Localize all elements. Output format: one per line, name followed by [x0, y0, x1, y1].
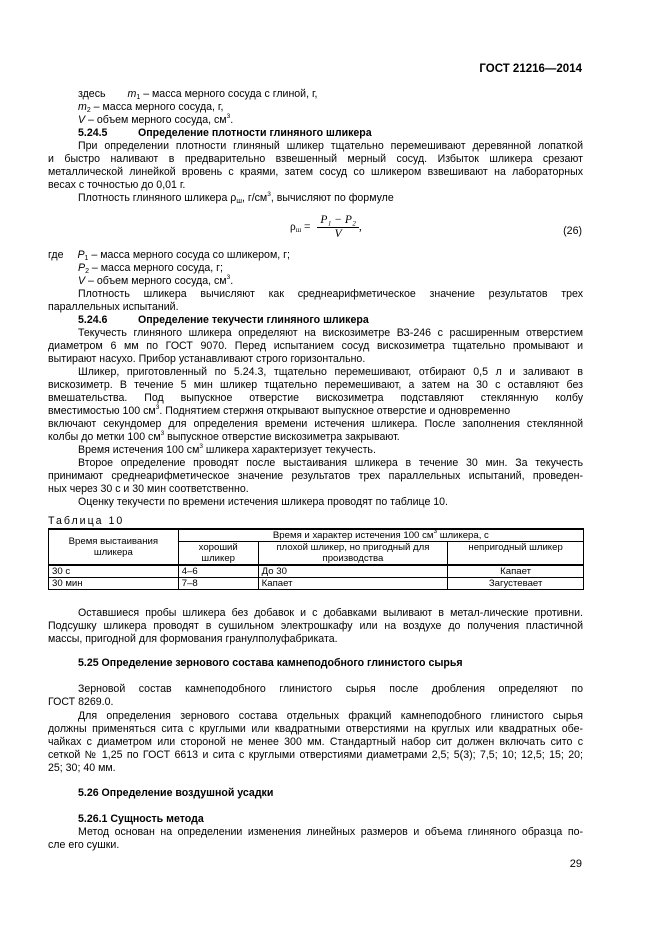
section-5-24-6-heading: 5.24.6Определение текучести глиняного шл…	[48, 314, 583, 327]
paragraph-line: Шликер, приготовленный по 5.24.3, тщател…	[48, 366, 583, 379]
definition-m2: m2 – масса мерного сосуда, г,	[48, 101, 583, 114]
paragraph-line: металлической линейкой вровень с краями,…	[48, 166, 583, 179]
cell-unfit: Капает	[448, 565, 584, 578]
paragraph-line: ных через 30 с и 30 мин соответственно.	[48, 483, 583, 496]
paragraph-line: вместимостью 100 см3. Поднятием стержня …	[48, 405, 583, 418]
definition-p1: гдеP1 – масса мерного сосуда со шликером…	[48, 249, 583, 262]
definition-p2: P2 – масса мерного сосуда, г;	[48, 262, 583, 275]
paragraph-line: сеткой № 1,25 по ГОСТ 6613 и сита с круг…	[48, 749, 583, 762]
paragraph-line: ГОСТ 8269.0.	[48, 696, 583, 709]
cell-time: 30 мин	[49, 578, 179, 590]
header-col-unfit: непригодный шликер	[448, 542, 584, 566]
header-col-good: хороший шликер	[178, 542, 258, 566]
paragraph-line: Второе определение проводят после выстаи…	[48, 457, 583, 470]
paragraph-line: вмешательства. Под выпускное отверстие в…	[48, 392, 583, 405]
paragraph-line: весах с точностью до 0,01 г.	[48, 179, 583, 192]
header-col-poor: плохой шликер, но пригодный для производ…	[258, 542, 448, 566]
paragraph-line: вытирают насухо. Прибор устанавливают ст…	[48, 353, 583, 366]
paragraph-line: Для определения зернового состава отдель…	[48, 710, 583, 723]
paragraph-line: параллельных испытаний.	[48, 301, 583, 314]
paragraph-line: 25; 30; 40 мм.	[48, 762, 583, 775]
paragraph-line: При определении плотности глиняный шлике…	[48, 140, 583, 153]
header-col-time: Время выстаивания шликера	[49, 529, 179, 565]
paragraph-line: Зерновой состав камнеподобного глинистог…	[48, 683, 583, 696]
definition-v: V – объем мерного сосуда, см3.	[48, 275, 583, 288]
formula-intro: Плотность глиняного шликера ρш, г/см3, в…	[48, 192, 583, 205]
paragraph-line: Текучесть глиняного шликера определяют н…	[48, 327, 583, 340]
paragraph-line: чайках с диаметром или стороной не менее…	[48, 736, 583, 749]
paragraph-line: включают секундомер для определения врем…	[48, 418, 583, 431]
paragraph-line: диаметром 6 мм по ГОСТ 9070. Перед испыт…	[48, 340, 583, 353]
section-5-25-heading: 5.25 Определение зернового состава камне…	[48, 657, 583, 670]
paragraph-line: сле его сушки.	[48, 839, 583, 852]
paragraph-line: Оценку текучести по времени истечения шл…	[48, 496, 583, 509]
equation-number: (26)	[563, 225, 582, 237]
formula-26: ρш = P₁ − P₂V,	[290, 214, 362, 241]
paragraph-line: Оставшиеся пробы шликера без добавок и с…	[48, 607, 583, 620]
document-id: ГОСТ 21216—2014	[479, 63, 582, 75]
cell-good: 4–6	[178, 565, 258, 578]
table-caption: Таблица 10	[48, 515, 124, 527]
page-number: 29	[570, 858, 582, 870]
document-page: ГОСТ 21216—2014 здесьm1 – масса мерного …	[0, 0, 661, 935]
section-5-26-heading: 5.26 Определение воздушной усадки	[48, 787, 583, 800]
paragraph-line: должны применяться сита с круглыми или к…	[48, 723, 583, 736]
paragraph-line: Плотность шликера вычисляют как среднеар…	[48, 288, 583, 301]
paragraph-line: массы, пригодной для формования гранулпо…	[48, 633, 583, 646]
table-10: Время выстаивания шликера Время и характ…	[48, 528, 584, 590]
cell-time: 30 с	[49, 565, 179, 578]
paragraph-line: и быстро наливают в предварительно взвеш…	[48, 153, 583, 166]
paragraph-line: Метод основан на определении изменения л…	[48, 826, 583, 839]
paragraph-line: Время истечения 100 см3 шликера характер…	[48, 444, 583, 457]
cell-poor: До 30	[258, 565, 448, 578]
paragraph-line: вискозиметр. В течение 5 мин шликер тщат…	[48, 379, 583, 392]
definition-m1: здесьm1 – масса мерного сосуда с глиной,…	[48, 88, 583, 101]
section-5-24-5-heading: 5.24.5Определение плотности глиняного шл…	[48, 127, 583, 140]
cell-good: 7–8	[178, 578, 258, 590]
cell-poor: Капает	[258, 578, 448, 590]
paragraph-line: принимают среднеарифметическое значение …	[48, 470, 583, 483]
definition-v: V – объем мерного сосуда, см3.	[48, 114, 583, 127]
section-5-26-1-heading: 5.26.1 Сущность метода	[48, 813, 583, 826]
table-row: 30 мин 7–8 Капает Загустевает	[49, 578, 584, 590]
cell-unfit: Загустевает	[448, 578, 584, 590]
paragraph-line: колбы до метки 100 см3 выпускное отверст…	[48, 431, 583, 444]
paragraph-line: Подсушку шликера проводят в сушильном эл…	[48, 620, 583, 633]
table-row: 30 с 4–6 До 30 Капает	[49, 565, 584, 578]
header-group: Время и характер истечения 100 см3 шлике…	[178, 529, 583, 542]
